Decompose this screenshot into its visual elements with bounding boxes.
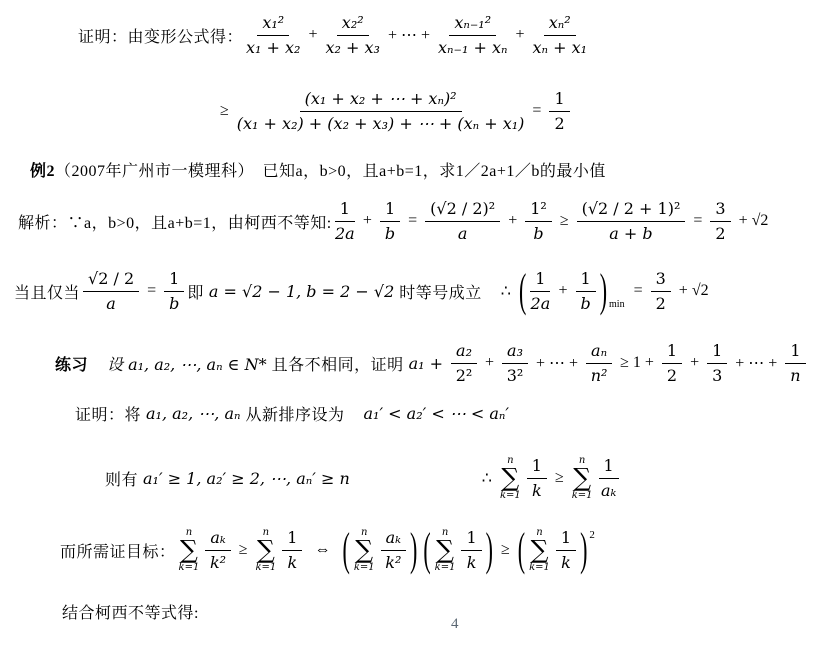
sum-lower-limit: k=1 bbox=[435, 562, 456, 573]
ordered-sequence: a₁′ < a₂′ < ⋯ < aₙ′ bbox=[363, 404, 509, 423]
numerator: 1 bbox=[599, 455, 619, 479]
plus-ellipsis-operator: + ⋯ + bbox=[388, 25, 430, 45]
fraction: 1aₖ bbox=[599, 455, 619, 501]
numerator: 1 bbox=[785, 340, 805, 364]
parenthesized-expression-min: ( 12a + 1b ) min bbox=[518, 268, 627, 314]
sum-lower-limit: k=1 bbox=[179, 562, 200, 573]
plus-operator: + bbox=[558, 282, 567, 300]
fraction: 12 bbox=[662, 340, 682, 386]
fraction: 1k bbox=[282, 527, 302, 573]
sum-lower-limit: k=1 bbox=[354, 562, 375, 573]
fraction: a₃3² bbox=[502, 340, 528, 386]
numerator: a₃ bbox=[502, 340, 528, 364]
proof-lead-text: 证明：将 bbox=[75, 402, 141, 425]
geq-operator: ≥ bbox=[220, 102, 229, 120]
fraction: 13 bbox=[707, 340, 727, 386]
fraction: x₂²x₂ + x₃ bbox=[326, 12, 380, 58]
sum-lower-limit: k=1 bbox=[255, 562, 276, 573]
proof-lead-text: 证明：由变形公式得： bbox=[78, 24, 243, 47]
numerator: x₂² bbox=[337, 12, 369, 36]
denominator: b bbox=[385, 222, 395, 245]
denominator: n bbox=[790, 364, 800, 387]
fraction: 1n bbox=[785, 340, 805, 386]
denominator: xₙ₋₁ + xₙ bbox=[438, 36, 507, 59]
numerator: 1 bbox=[707, 340, 727, 364]
plus-ellipsis-operator: + ⋯ + bbox=[536, 353, 578, 373]
sigma-icon: ∑ bbox=[573, 466, 591, 490]
sigma-icon: ∑ bbox=[257, 538, 275, 562]
denominator: 3 bbox=[712, 364, 722, 387]
numerator: a₂ bbox=[451, 340, 477, 364]
plus-operator: + bbox=[508, 212, 517, 230]
fraction: xₙ²xₙ + x₁ bbox=[532, 12, 587, 58]
numerator: 1 bbox=[380, 198, 400, 222]
numerator: 1 bbox=[530, 268, 550, 292]
summation-symbol: n∑k=1 bbox=[179, 527, 200, 573]
fraction: 1k bbox=[527, 455, 547, 501]
geq-operator: ≥ bbox=[555, 469, 564, 487]
equals-operator: = bbox=[408, 212, 417, 230]
sum-lower-limit: k=1 bbox=[572, 490, 593, 501]
exercise-label: 练习 bbox=[55, 352, 88, 375]
numerator: √2 / 2 bbox=[83, 268, 139, 292]
numerator: 1 bbox=[461, 527, 481, 551]
numerator: 1 bbox=[549, 88, 569, 112]
denominator: b bbox=[169, 292, 179, 315]
that-is-text: 即 bbox=[187, 280, 204, 303]
denominator: x₁ + x₂ bbox=[246, 36, 300, 59]
denominator: k bbox=[561, 551, 571, 574]
summation-symbol: n∑k=1 bbox=[435, 527, 456, 573]
denominator: 2a bbox=[531, 292, 551, 315]
numerator: 1 bbox=[527, 455, 547, 479]
sigma-icon: ∑ bbox=[501, 466, 519, 490]
document-page: 证明：由变形公式得： x₁²x₁ + x₂ + x₂²x₂ + x₃ + ⋯ +… bbox=[0, 0, 836, 646]
fraction: aₖk² bbox=[205, 527, 230, 573]
reorder-text: 从新排序设为 bbox=[245, 402, 344, 425]
plus-operator: + bbox=[308, 26, 317, 44]
fraction-one-half: 12 bbox=[549, 88, 569, 134]
denominator: x₂ + x₃ bbox=[326, 36, 380, 59]
numerator: 1 bbox=[576, 268, 596, 292]
example2-text: （2007年广州市一模理科） 已知a，b>0，且a+b=1，求1／2a+1／b的… bbox=[55, 158, 606, 181]
denominator: 2a bbox=[335, 222, 355, 245]
left-paren: ( bbox=[518, 264, 527, 319]
sigma-icon: ∑ bbox=[531, 538, 549, 562]
iff-symbol: ⇔ bbox=[314, 541, 330, 559]
denominator: a bbox=[458, 222, 468, 245]
min-subscript: min bbox=[609, 299, 625, 310]
first-term: a₁ + bbox=[409, 354, 443, 373]
right-paren: ) bbox=[599, 264, 608, 319]
sum-lower-limit: k=1 bbox=[529, 562, 550, 573]
value-assignments: a = √2 − 1, b = 2 − √2 bbox=[209, 282, 394, 301]
fraction: 12a bbox=[335, 198, 355, 244]
denominator: k bbox=[467, 551, 477, 574]
fraction: 32 bbox=[651, 268, 671, 314]
equals-operator: = bbox=[693, 212, 702, 230]
summation-symbol: n∑k=1 bbox=[572, 455, 593, 501]
fraction: x₁²x₁ + x₂ bbox=[246, 12, 300, 58]
fraction: 32 bbox=[710, 198, 730, 244]
equality-holds-text: 时等号成立 bbox=[399, 280, 482, 303]
denominator: b bbox=[580, 292, 590, 315]
numerator: x₁² bbox=[257, 12, 289, 36]
numerator: aₙ bbox=[586, 340, 612, 364]
fraction: a₂2² bbox=[451, 340, 477, 386]
sigma-icon: ∑ bbox=[436, 538, 454, 562]
fraction: aₙn² bbox=[586, 340, 612, 386]
summation-symbol: n∑k=1 bbox=[500, 455, 521, 501]
denominator: k² bbox=[385, 551, 401, 574]
numerator: xₙ² bbox=[544, 12, 576, 36]
plus-sqrt2-term: + √2 bbox=[679, 282, 709, 300]
proof-line-inequality-result: ≥ (x₁ + x₂ + ⋯ + xₙ)²(x₁ + x₂) + (x₂ + x… bbox=[215, 88, 573, 134]
fraction: (√2 / 2)²a bbox=[425, 198, 500, 244]
right-paren: ) bbox=[409, 523, 418, 578]
numerator: 1 bbox=[662, 340, 682, 364]
fraction: 1²b bbox=[525, 198, 552, 244]
page-number: 4 bbox=[451, 616, 459, 633]
therefore-symbol: ∴ bbox=[501, 281, 511, 301]
fraction: aₖk² bbox=[381, 527, 406, 573]
denominator: n² bbox=[591, 364, 608, 387]
summation-symbol: n∑k=1 bbox=[354, 527, 375, 573]
solution-lead-text: 解析：∵a，b>0，且a+b=1，由柯西不等知: bbox=[18, 210, 332, 233]
geq-operator: ≥ bbox=[501, 541, 510, 559]
parenthesized-sum: ( n∑k=1 1k ) bbox=[422, 527, 494, 573]
goal-equivalence-line: 而所需证目标： n∑k=1 aₖk² ≥ n∑k=1 1k ⇔ ( n∑k=1 … bbox=[60, 527, 599, 573]
example2-label: 例2 bbox=[30, 158, 55, 181]
fraction: (√2 / 2 + 1)²a + b bbox=[577, 198, 686, 244]
denominator: a bbox=[106, 292, 116, 315]
fraction: 1k bbox=[461, 527, 481, 573]
denominator: k bbox=[532, 479, 542, 502]
proof-line-variant-formula: 证明：由变形公式得： x₁²x₁ + x₂ + x₂²x₂ + x₃ + ⋯ +… bbox=[78, 12, 590, 58]
numerator: 3 bbox=[651, 268, 671, 292]
numerator: (√2 / 2 + 1)² bbox=[577, 198, 686, 222]
equality-condition-line: 当且仅当 √2 / 2a = 1b 即 a = √2 − 1, b = 2 − … bbox=[14, 268, 714, 314]
geq-one-plus: ≥ 1 + bbox=[620, 354, 654, 372]
example2-statement: 例2 （2007年广州市一模理科） 已知a，b>0，且a+b=1，求1／2a+1… bbox=[30, 158, 606, 181]
numerator: (x₁ + x₂ + ⋯ + xₙ)² bbox=[300, 88, 462, 112]
plus-operator: + bbox=[690, 354, 699, 372]
numerator: aₖ bbox=[205, 527, 230, 551]
parenthesized-sum: ( n∑k=1 aₖk² ) bbox=[341, 527, 418, 573]
left-paren: ( bbox=[422, 523, 431, 578]
denominator: b bbox=[533, 222, 543, 245]
reorder-proof-line: 证明：将 a₁, a₂, ⋯, aₙ 从新排序设为 a₁′ < a₂′ < ⋯ … bbox=[75, 402, 514, 425]
left-paren: ( bbox=[341, 523, 350, 578]
distinct-condition-text: 且各不相同，证明 bbox=[272, 352, 404, 375]
parenthesized-sum-squared: ( n∑k=1 1k ) 2 bbox=[517, 527, 597, 573]
fraction: 1k bbox=[556, 527, 576, 573]
denominator: a + b bbox=[609, 222, 652, 245]
geq-operator: ≥ bbox=[560, 212, 569, 230]
denominator: (x₁ + x₂) + (x₂ + x₃) + ⋯ + (xₙ + x₁) bbox=[237, 112, 525, 135]
numerator: 1 bbox=[335, 198, 355, 222]
numerator: 1 bbox=[556, 527, 576, 551]
fraction: 12a bbox=[530, 268, 550, 314]
numerator: aₖ bbox=[381, 527, 406, 551]
combine-cauchy-text: 结合柯西不等式得: bbox=[62, 600, 199, 623]
numerator: (√2 / 2)² bbox=[425, 198, 500, 222]
denominator: 2 bbox=[656, 292, 666, 315]
exercise-statement: 练习 设 a₁, a₂, ⋯, aₙ ∈ N* 且各不相同，证明 a₁ + a₂… bbox=[55, 340, 809, 386]
big-fraction: (x₁ + x₂ + ⋯ + xₙ)²(x₁ + x₂) + (x₂ + x₃)… bbox=[237, 88, 525, 134]
sigma-icon: ∑ bbox=[355, 538, 373, 562]
denominator: k bbox=[288, 551, 298, 574]
sum-lower-limit: k=1 bbox=[500, 490, 521, 501]
plus-ellipsis-operator: + ⋯ + bbox=[735, 353, 777, 373]
numerator: 3 bbox=[710, 198, 730, 222]
squared-superscript: 2 bbox=[589, 529, 595, 541]
right-paren: ) bbox=[579, 523, 588, 578]
fraction: 1b bbox=[380, 198, 400, 244]
plus-operator: + bbox=[363, 212, 372, 230]
summation-symbol: n∑k=1 bbox=[255, 527, 276, 573]
geq-operator: ≥ bbox=[239, 541, 248, 559]
equals-operator: = bbox=[634, 282, 643, 300]
sigma-icon: ∑ bbox=[180, 538, 198, 562]
left-paren: ( bbox=[517, 523, 526, 578]
right-paren: ) bbox=[485, 523, 494, 578]
denominator: 2 bbox=[554, 112, 564, 135]
combine-cauchy-line: 结合柯西不等式得: bbox=[62, 600, 199, 623]
fraction: √2 / 2a bbox=[83, 268, 139, 314]
sequence-list: a₁, a₂, ⋯, aₙ bbox=[146, 404, 240, 423]
plus-sqrt2-term: + √2 bbox=[739, 212, 769, 230]
bounds-list: a₁′ ≥ 1, a₂′ ≥ 2, ⋯, aₙ′ ≥ n bbox=[143, 469, 350, 488]
iff-lead-text: 当且仅当 bbox=[14, 280, 80, 303]
numerator: 1 bbox=[164, 268, 184, 292]
fraction: xₙ₋₁²xₙ₋₁ + xₙ bbox=[438, 12, 507, 58]
plus-operator: + bbox=[515, 26, 524, 44]
plus-operator: + bbox=[485, 354, 494, 372]
denominator: 2 bbox=[667, 364, 677, 387]
fraction: 1b bbox=[164, 268, 184, 314]
denominator: 2 bbox=[715, 222, 725, 245]
equals-operator: = bbox=[147, 282, 156, 300]
denominator: 2² bbox=[456, 364, 473, 387]
summation-symbol: n∑k=1 bbox=[529, 527, 550, 573]
denominator: 3² bbox=[507, 364, 524, 387]
numerator: xₙ₋₁² bbox=[449, 12, 496, 36]
numerator: 1 bbox=[282, 527, 302, 551]
bounds-and-sums-line: 则有 a₁′ ≥ 1, a₂′ ≥ 2, ⋯, aₙ′ ≥ n ∴ n∑k=1 … bbox=[105, 455, 622, 501]
denominator: k² bbox=[210, 551, 226, 574]
fraction: 1b bbox=[576, 268, 596, 314]
numerator: 1² bbox=[525, 198, 552, 222]
solution-line: 解析：∵a，b>0，且a+b=1，由柯西不等知: 12a + 1b = (√2 … bbox=[18, 198, 773, 244]
denominator: xₙ + x₁ bbox=[532, 36, 587, 59]
denominator: aₖ bbox=[601, 479, 616, 502]
then-have-text: 则有 bbox=[105, 467, 138, 490]
equals-operator: = bbox=[532, 102, 541, 120]
sequence-definition: 设 a₁, a₂, ⋯, aₙ ∈ N* bbox=[107, 352, 267, 375]
goal-lead-text: 而所需证目标： bbox=[60, 539, 176, 562]
therefore-symbol: ∴ bbox=[482, 468, 492, 488]
